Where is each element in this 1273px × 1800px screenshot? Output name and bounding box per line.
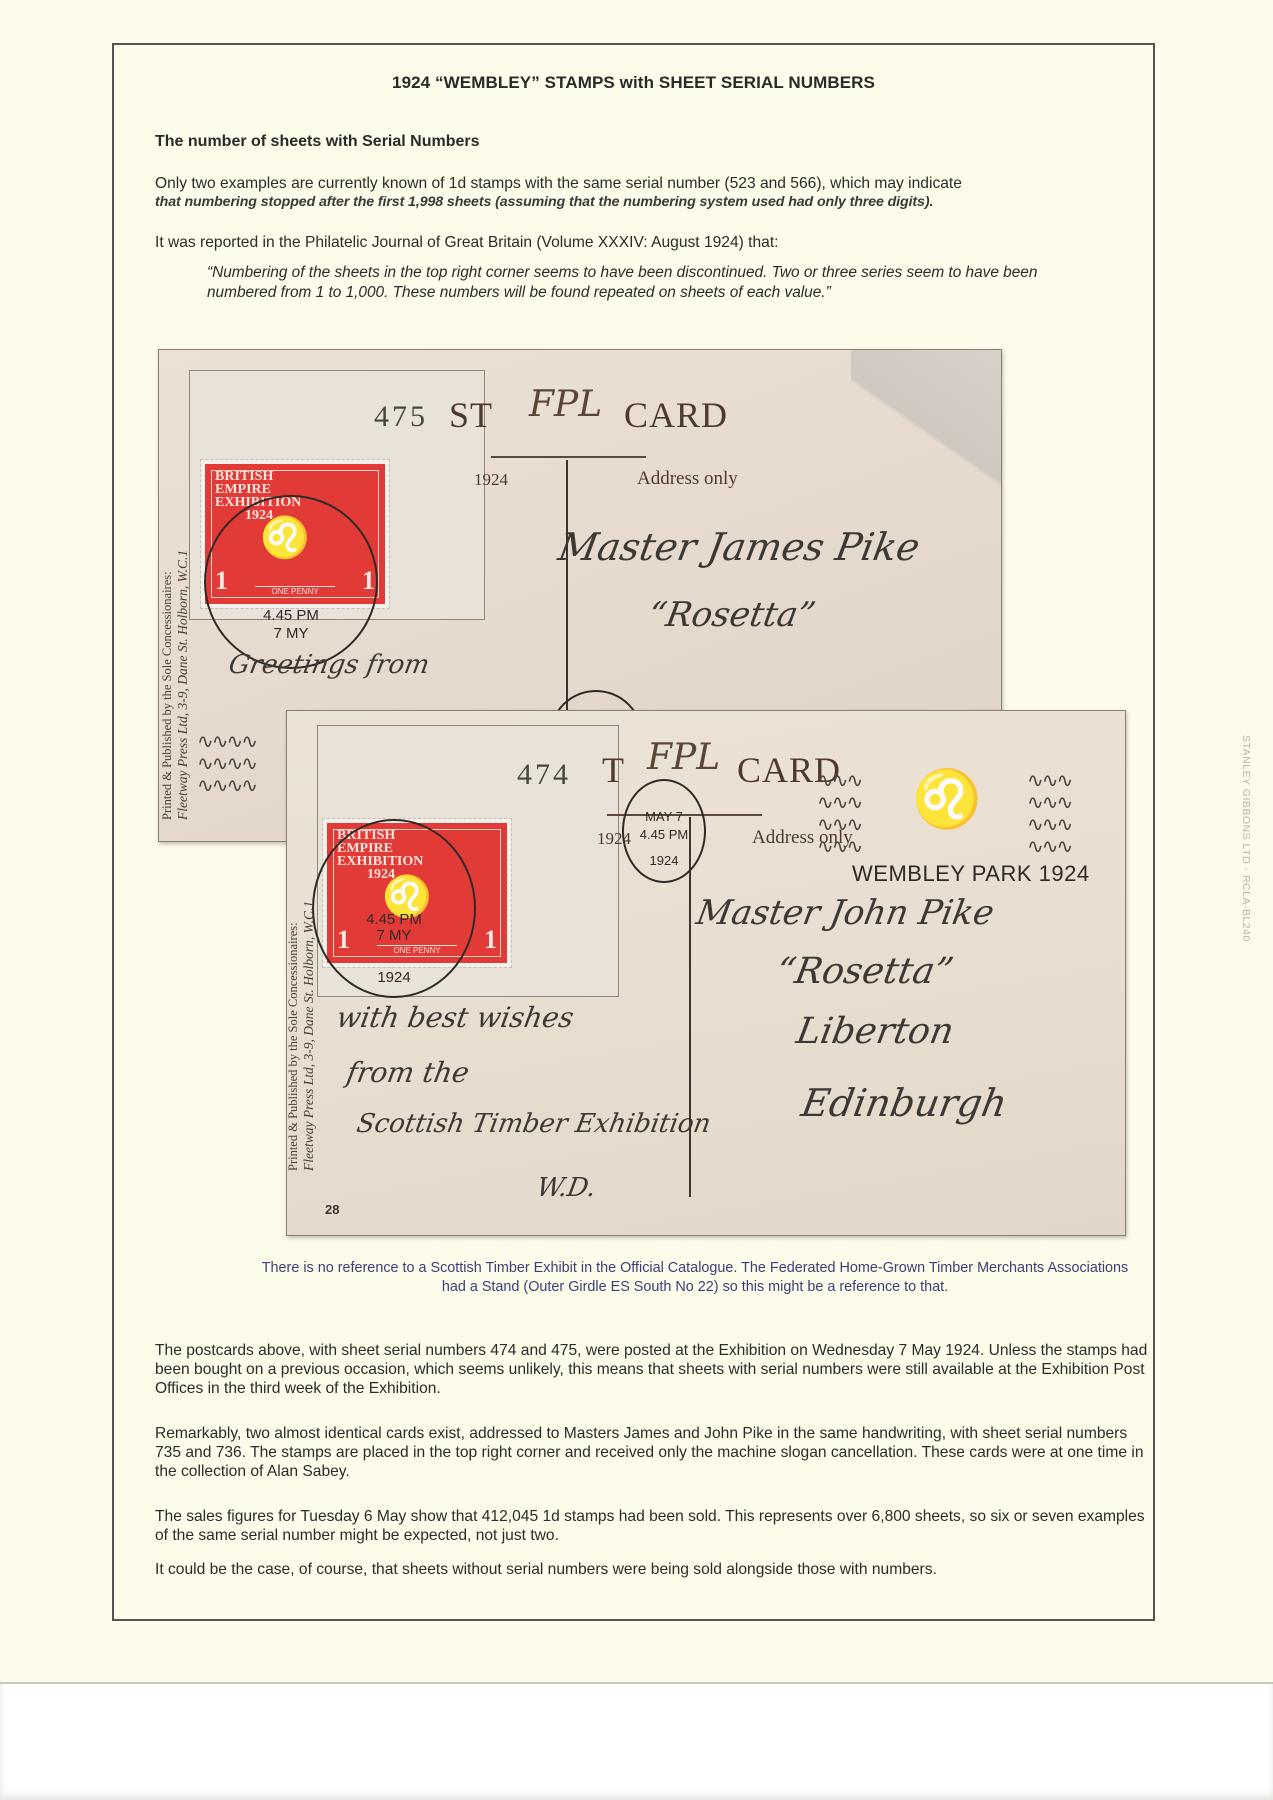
card-heading-right: CARD <box>624 394 728 436</box>
sheet-serial-number: 474 <box>517 758 571 792</box>
wavy-cancel-lines: ∿∿∿∿∿∿∿∿∿∿∿∿ <box>197 730 256 796</box>
page-title: 1924 “WEMBLEY” STAMPS with SHEET SERIAL … <box>112 73 1155 93</box>
publisher-monogram-icon: FPL <box>529 384 602 425</box>
card-number: 30 <box>203 840 217 842</box>
handwritten-message-1: with best wishes <box>334 1001 576 1034</box>
stamp-value-right: 1 <box>484 925 497 955</box>
address-only-label: Address only <box>637 468 738 490</box>
report-paragraph: It was reported in the Philatelic Journa… <box>155 233 1150 252</box>
postcard-caption: There is no reference to a Scottish Timb… <box>255 1259 1135 1297</box>
handwritten-signature: W.D. <box>534 1173 598 1203</box>
body-paragraph-3: The sales figures for Tuesday 6 May show… <box>155 1507 1150 1545</box>
handwritten-town: Liberton <box>793 1011 957 1052</box>
slogan-cancellation: WEMBLEY PARK 1924 <box>852 861 1090 887</box>
handwritten-house: “Rosetta” <box>645 595 818 635</box>
printer-imprint: Printed & Published by the Sole Concessi… <box>286 771 317 1171</box>
handwritten-message-3: Scottish Timber Exhibition <box>354 1109 713 1139</box>
wavy-cancel-lines-left: ∿∿∿∿∿∿∿∿∿∿∿∿ <box>817 769 861 857</box>
card-heading-left: T <box>602 749 625 791</box>
stamp-postmark: 4.45 PM 7 MY 1924 <box>312 819 476 998</box>
handwritten-city: Edinburgh <box>798 1081 1010 1125</box>
body-paragraph-4: It could be the case, of course, that sh… <box>155 1560 1150 1579</box>
section-heading: The number of sheets with Serial Numbers <box>155 133 480 151</box>
card-heading-left: ST <box>449 394 493 436</box>
intro-line-2: that numbering stopped after the first 1… <box>155 193 1150 212</box>
journal-quote: “Numbering of the sheets in the top righ… <box>207 263 1107 302</box>
page-bottom-margin <box>0 1682 1273 1800</box>
exhibition-postmark: 4.45 PM 7 MY <box>204 495 378 669</box>
heading-rule <box>491 456 646 458</box>
intro-line-1: Only two examples are currently known of… <box>155 174 1150 193</box>
intro-paragraph: Only two examples are currently known of… <box>155 174 1150 212</box>
card-year: 1924 <box>474 470 508 490</box>
sheet-serial-number: 475 <box>374 400 428 434</box>
side-reference-label: STANLEY GIBBONS LTD - RCLA-BL240 <box>1240 735 1252 942</box>
publisher-monogram-icon: FPL <box>647 737 720 778</box>
handwritten-house: “Rosetta” <box>773 951 956 992</box>
card-number: 28 <box>325 1202 339 1217</box>
handwritten-addressee: Master John Pike <box>693 893 997 933</box>
body-paragraph-1: The postcards above, with sheet serial n… <box>155 1341 1150 1398</box>
handwritten-greeting: Greetings from <box>226 650 431 680</box>
card-divider-line <box>689 817 691 1197</box>
wavy-cancel-lines-right: ∿∿∿∿∿∿∿∿∿∿∿∿ <box>1027 769 1071 857</box>
handwritten-addressee: Master James Pike <box>555 525 923 569</box>
exhibition-cds-postmark: MAY 7 4.45 PM 1924 <box>622 779 706 883</box>
body-paragraph-2: Remarkably, two almost identical cards e… <box>155 1424 1150 1481</box>
handwritten-message-2: from the <box>344 1056 472 1089</box>
postcard-474: 474 T FPL CARD 1924 Address only MAY 7 4… <box>286 710 1126 1236</box>
printer-imprint: Printed & Published by the Sole Concessi… <box>159 440 191 820</box>
wembley-lion-icon: ♌ <box>912 766 982 832</box>
folded-corner <box>851 350 1001 520</box>
